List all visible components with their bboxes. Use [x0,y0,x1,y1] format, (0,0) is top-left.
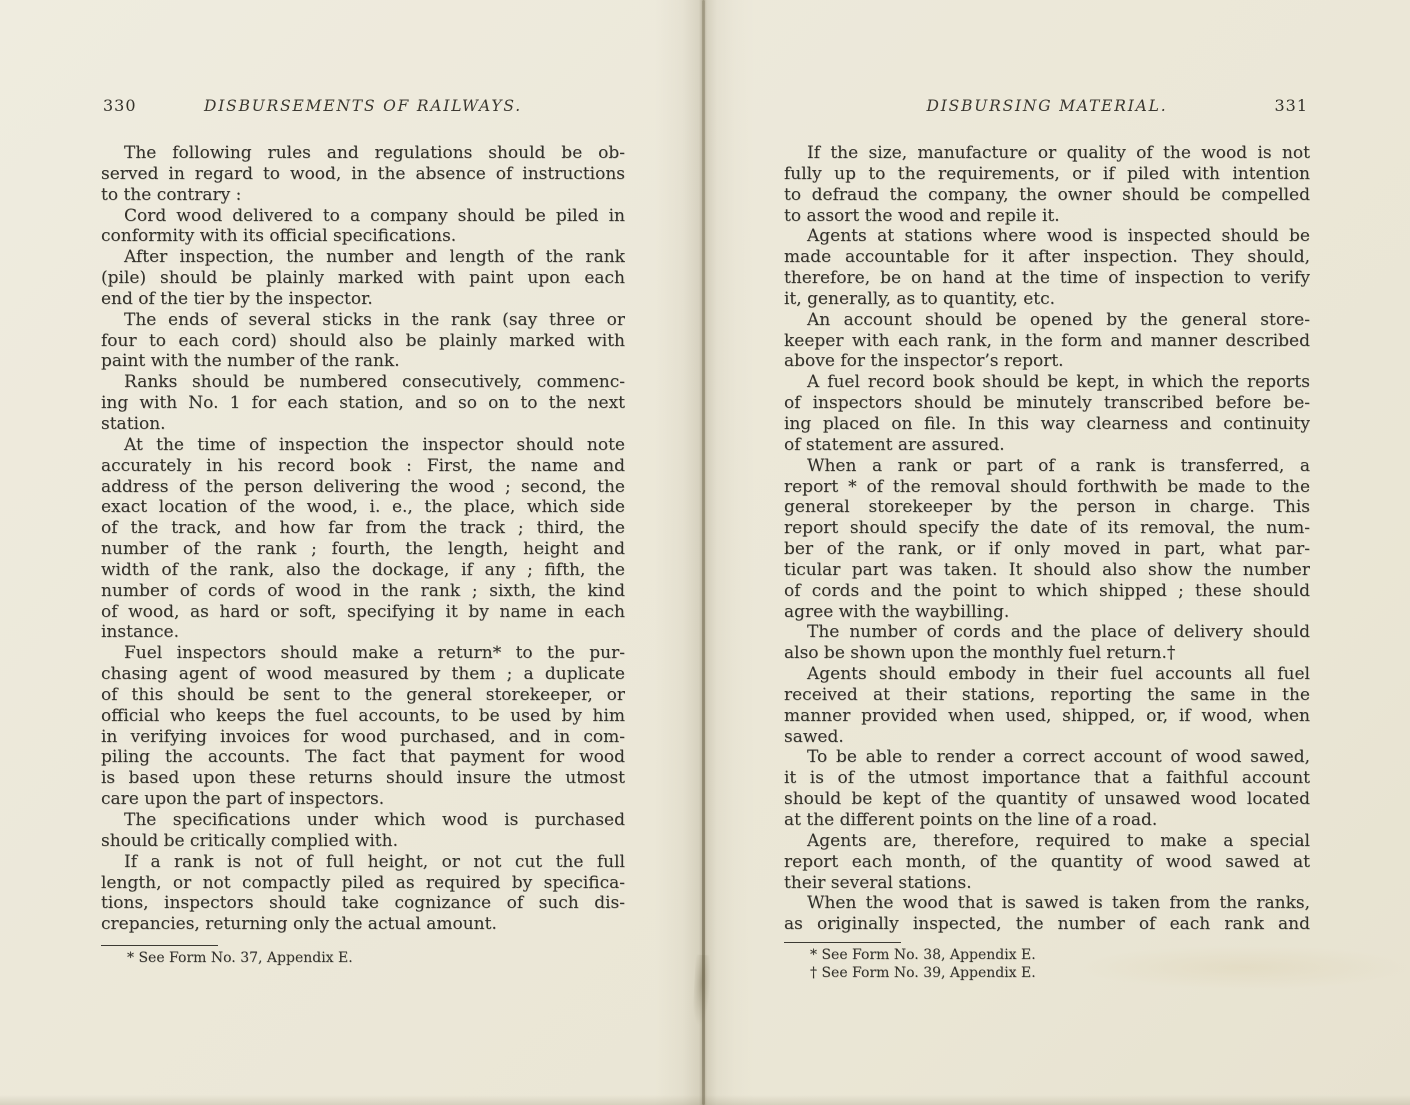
running-head-right: DISBURSING MATERIAL. [784,96,1310,116]
text-line: ing with No. 1 for each station, and so … [101,393,625,414]
text-line: address of the person delivering the woo… [101,477,625,498]
text-line: at the different points on the line of a… [784,810,1310,831]
right-page-footnotes: * See Form No. 38, Appendix E.† See Form… [784,947,1310,982]
text-line: to defraud the company, the owner should… [784,185,1310,206]
footnote-line: * See Form No. 38, Appendix E. [784,947,1310,965]
paragraph: If the size, manufacture or quality of t… [784,143,1310,226]
text-line: Agents at stations where wood is inspect… [784,226,1310,247]
footnote-rule-left [101,945,218,946]
text-line: ticular part was taken. It should also s… [784,560,1310,581]
right-page: 331 DISBURSING MATERIAL. If the size, ma… [784,96,1310,982]
paragraph: Agents are, therefore, required to make … [784,831,1310,894]
text-line: To be able to render a correct account o… [784,747,1310,768]
text-line: width of the rank, also the dockage, if … [101,560,625,581]
text-line: of statement are assured. [784,435,1310,456]
text-line: The ends of several sticks in the rank (… [101,310,625,331]
text-line: as originally inspected, the number of e… [784,914,1310,935]
text-line: At the time of inspection the inspector … [101,435,625,456]
text-line: made accountable for it after inspection… [784,247,1310,268]
footnote-rule-right [784,942,901,943]
text-line: agree with the waybilling. [784,602,1310,623]
paragraph: Agents should embody in their fuel accou… [784,664,1310,747]
text-line: received at their stations, reporting th… [784,685,1310,706]
text-line: Fuel inspectors should make a return* to… [101,643,625,664]
page-number-right: 331 [1274,96,1308,116]
text-line: fully up to the requirements, or if pile… [784,164,1310,185]
text-line: should be kept of the quantity of unsawe… [784,789,1310,810]
paragraph: The ends of several sticks in the rank (… [101,310,625,373]
text-line: sawed. [784,727,1310,748]
text-line: The following rules and regulations shou… [101,143,625,164]
text-line: (pile) should be plainly marked with pai… [101,268,625,289]
page-number-left: 330 [103,96,137,116]
text-line: The specifications under which wood is p… [101,810,625,831]
text-line: length, or not compactly piled as requir… [101,873,625,894]
text-line: tions, inspectors should take cognizance… [101,893,625,914]
text-line: Agents are, therefore, required to make … [784,831,1310,852]
text-line: care upon the part of inspectors. [101,789,625,810]
left-page: 330 DISBURSEMENTS OF RAILWAYS. The follo… [101,96,625,968]
left-page-header: 330 DISBURSEMENTS OF RAILWAYS. [101,96,625,116]
text-line: After inspection, the number and length … [101,247,625,268]
text-line: A fuel record book should be kept, in wh… [784,372,1310,393]
paragraph: The number of cords and the place of del… [784,622,1310,664]
text-line: report * of the removal should forthwith… [784,477,1310,498]
paragraph: The following rules and regulations shou… [101,143,625,206]
text-line: When a rank or part of a rank is transfe… [784,456,1310,477]
text-line: station. [101,414,625,435]
text-line: to assort the wood and repile it. [784,206,1310,227]
text-line: instance. [101,622,625,643]
text-line: served in regard to wood, in the absence… [101,164,625,185]
text-line: If the size, manufacture or quality of t… [784,143,1310,164]
left-page-body: The following rules and regulations shou… [101,143,625,935]
text-line: paint with the number of the rank. [101,351,625,372]
text-line: should be critically complied with. [101,831,625,852]
text-line: The number of cords and the place of del… [784,622,1310,643]
text-line: of inspectors should be minutely transcr… [784,393,1310,414]
text-line: official who keeps the fuel accounts, to… [101,706,625,727]
text-line: of the track, and how far from the track… [101,518,625,539]
paragraph: Agents at stations where wood is inspect… [784,226,1310,309]
right-page-body: If the size, manufacture or quality of t… [784,143,1310,935]
text-line: conformity with its official specificati… [101,226,625,247]
text-line: ber of the rank, or if only moved in par… [784,539,1310,560]
footnote-line: * See Form No. 37, Appendix E. [101,950,625,968]
text-line: accurately in his record book : First, t… [101,456,625,477]
paragraph: To be able to render a correct account o… [784,747,1310,830]
paragraph: The specifications under which wood is p… [101,810,625,852]
text-line: Cord wood delivered to a company should … [101,206,625,227]
left-page-footnotes: * See Form No. 37, Appendix E. [101,950,625,968]
text-line: ing placed on file. In this way clearnes… [784,414,1310,435]
right-page-header: 331 DISBURSING MATERIAL. [784,96,1310,116]
book-scan: 330 DISBURSEMENTS OF RAILWAYS. The follo… [0,0,1410,1105]
text-line: Agents should embody in their fuel accou… [784,664,1310,685]
text-line: of wood, as hard or soft, specifying it … [101,602,625,623]
text-line: is based upon these returns should insur… [101,768,625,789]
paragraph: Cord wood delivered to a company should … [101,206,625,248]
text-line: Ranks should be numbered consecutively, … [101,372,625,393]
book-spine-line [702,0,705,1105]
text-line: general storekeeper by the person in cha… [784,497,1310,518]
paragraph: An account should be opened by the gener… [784,310,1310,373]
paragraph: At the time of inspection the inspector … [101,435,625,643]
text-line: When the wood that is sawed is taken fro… [784,893,1310,914]
text-line: it is of the utmost importance that a fa… [784,768,1310,789]
text-line: four to each cord) should also be plainl… [101,331,625,352]
paragraph: When the wood that is sawed is taken fro… [784,893,1310,935]
text-line: end of the tier by the inspector. [101,289,625,310]
text-line: number of cords of wood in the rank ; si… [101,581,625,602]
text-line: in verifying invoices for wood purchased… [101,727,625,748]
text-line: their several stations. [784,873,1310,894]
text-line: An account should be opened by the gener… [784,310,1310,331]
text-line: manner provided when used, shipped, or, … [784,706,1310,727]
paragraph: When a rank or part of a rank is transfe… [784,456,1310,623]
book-gutter-shadow [655,0,755,1105]
text-line: it, generally, as to quantity, etc. [784,289,1310,310]
paragraph: Ranks should be numbered consecutively, … [101,372,625,435]
paragraph: If a rank is not of full height, or not … [101,852,625,935]
text-line: If a rank is not of full height, or not … [101,852,625,873]
text-line: chasing agent of wood measured by them ;… [101,664,625,685]
text-line: of cords and the point to which shipped … [784,581,1310,602]
text-line: number of the rank ; fourth, the length,… [101,539,625,560]
text-line: report should specify the date of its re… [784,518,1310,539]
paragraph: A fuel record book should be kept, in wh… [784,372,1310,455]
text-line: report each month, of the quantity of wo… [784,852,1310,873]
text-line: of this should be sent to the general st… [101,685,625,706]
page-bottom-edge-shadow [0,1095,1410,1105]
page-crease [692,955,712,1026]
running-head-left: DISBURSEMENTS OF RAILWAYS. [101,96,625,116]
paragraph: Fuel inspectors should make a return* to… [101,643,625,810]
text-line: exact location of the wood, i. e., the p… [101,497,625,518]
text-line: keeper with each rank, in the form and m… [784,331,1310,352]
footnote-line: † See Form No. 39, Appendix E. [784,965,1310,983]
text-line: therefore, be on hand at the time of ins… [784,268,1310,289]
text-line: above for the inspector’s report. [784,351,1310,372]
text-line: crepancies, returning only the actual am… [101,914,625,935]
text-line: also be shown upon the monthly fuel retu… [784,643,1310,664]
text-line: to the contrary : [101,185,625,206]
text-line: piling the accounts. The fact that payme… [101,747,625,768]
paragraph: After inspection, the number and length … [101,247,625,310]
